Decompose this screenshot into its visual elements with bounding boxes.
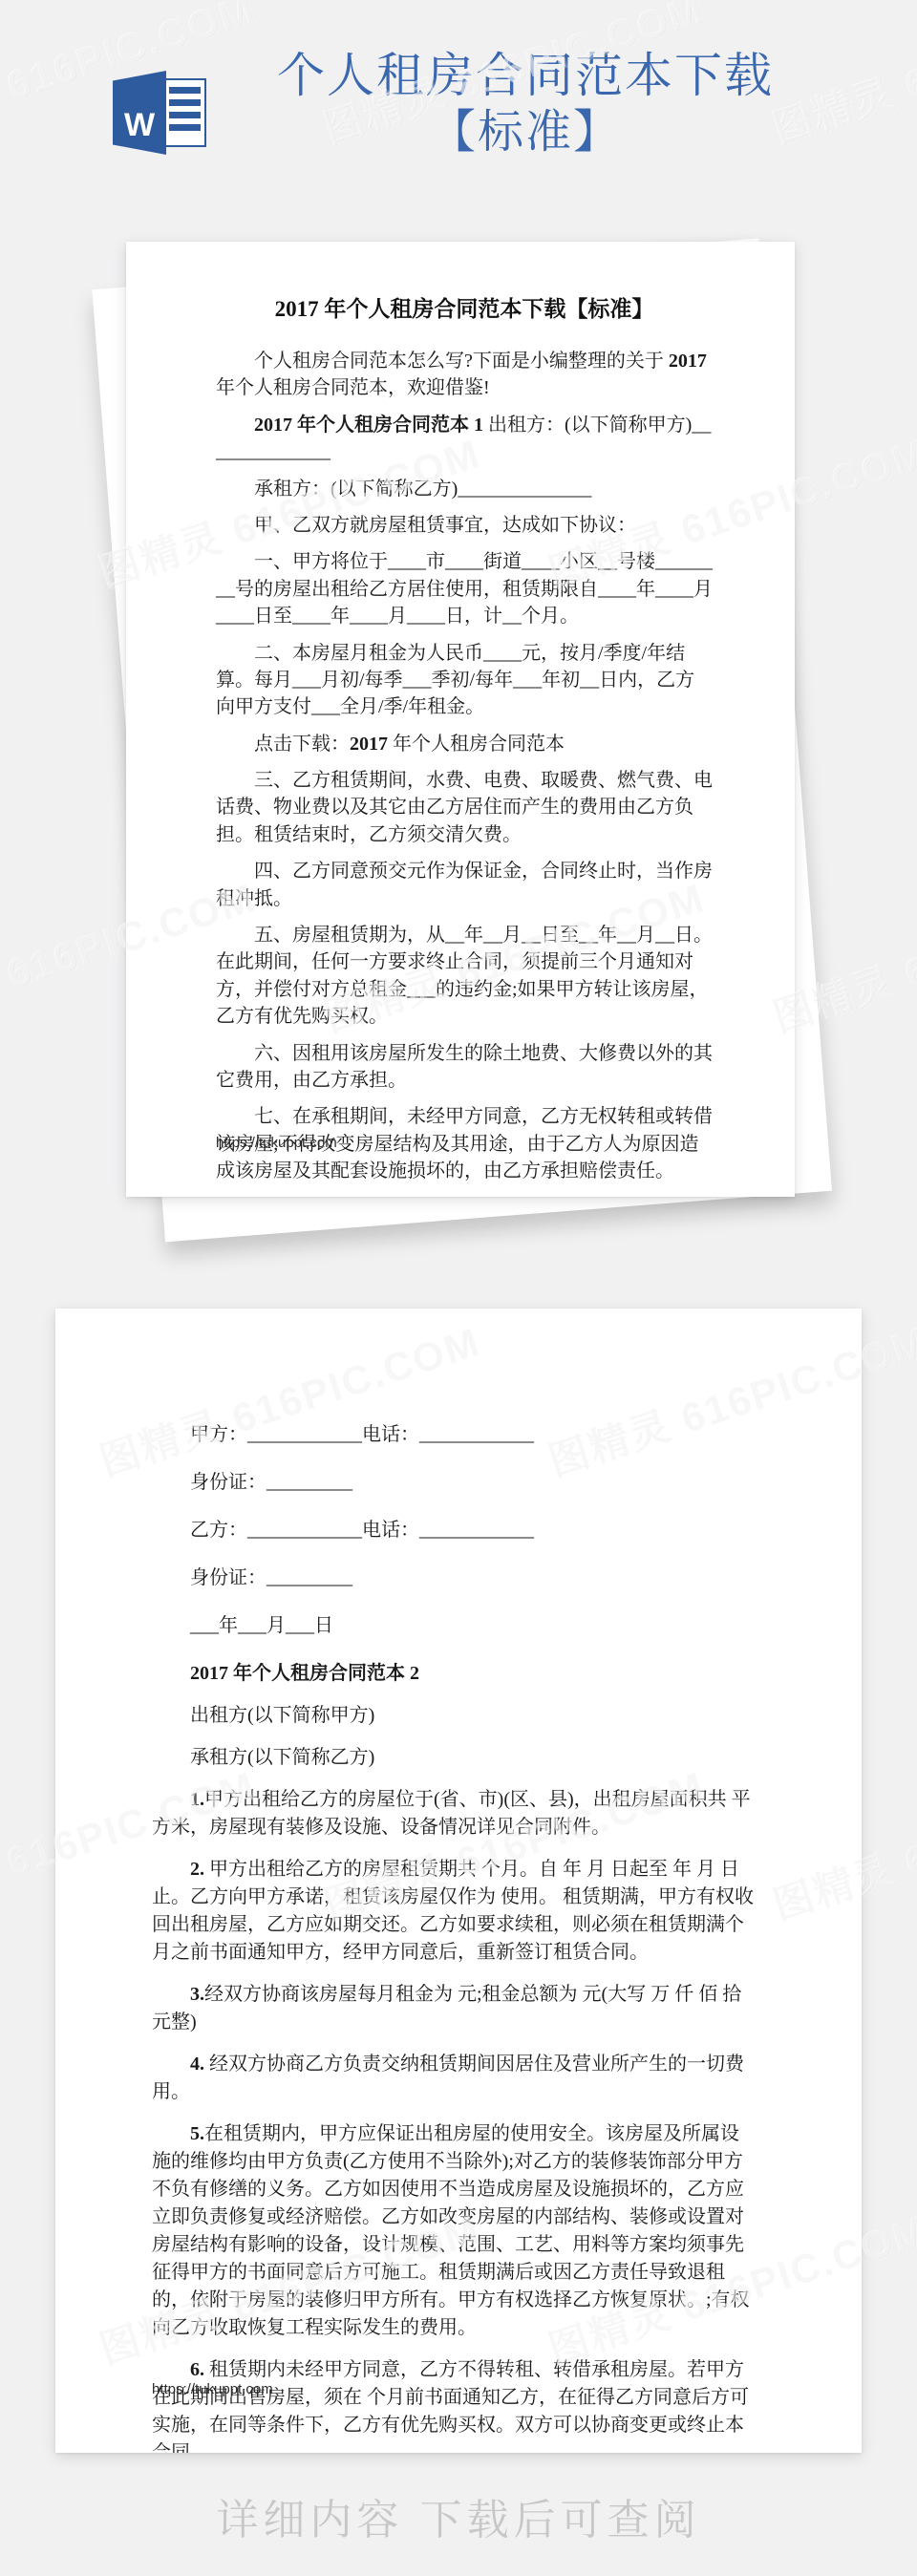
doc-paragraph: 四、乙方同意预交元作为保证金，合同终止时，当作房租冲抵。 — [216, 858, 713, 912]
doc-paragraph: 一、甲方将位于____市____街道____小区__号楼________号的房屋… — [216, 548, 713, 629]
doc-paragraph: 六、因租用该房屋所发生的除土地费、大修费以外的其它费用，由乙方承担。 — [216, 1040, 713, 1095]
contract-title: 2017 年个人租房合同范本下载【标准】 — [216, 291, 713, 323]
contract-body: 个人租房合同范本怎么写?下面是小编整理的关于 2017 年个人租房合同范本，欢迎… — [216, 348, 713, 1197]
doc-paragraph: 甲方：____________电话：____________ — [152, 1421, 757, 1449]
word-icon-flap: W — [113, 71, 166, 155]
page-title-line1: 个人租房合同范本下载 — [277, 49, 774, 102]
doc-paragraph: 三、乙方租赁期间，水费、电费、取暖费、燃气费、电话费、物业费以及其它由乙方居住而… — [216, 767, 713, 848]
source-link[interactable]: https://tukuppt.com — [216, 1135, 337, 1151]
doc-paragraph: 甲、乙双方就房屋租赁事宜，达成如下协议： — [216, 512, 713, 539]
word-document-icon: W — [113, 71, 208, 155]
doc-paragraph: 八、甲方保证该房屋无产权纠纷;乙方因经营需要，要求甲方提供房屋产权证明或其它有关… — [216, 1195, 713, 1197]
doc-paragraph: ___年___月___日 — [152, 1612, 757, 1640]
document-preview-page-1[interactable]: 2017 年个人租房合同范本下载【标准】 个人租房合同范本怎么写?下面是小编整理… — [126, 242, 795, 1197]
doc-paragraph: 个人租房合同范本怎么写?下面是小编整理的关于 2017 年个人租房合同范本，欢迎… — [216, 348, 713, 402]
document-preview-page-2[interactable]: 甲方：____________电话：____________身份证：______… — [55, 1309, 862, 2453]
word-icon-letter: W — [124, 109, 155, 155]
page-canvas: W 个人租房合同范本下载【标准】 2017 年个人租房合同范本下载【标准】 个人… — [0, 0, 917, 2576]
doc-paragraph: 身份证：_________ — [152, 1565, 757, 1592]
doc-paragraph: 乙方：____________电话：____________ — [152, 1517, 757, 1544]
page-title: 个人租房合同范本下载【标准】 — [222, 48, 829, 160]
doc-paragraph: 二、本房屋月租金为人民币____元，按月/季度/年结算。每月___月初/每季__… — [216, 640, 713, 721]
doc-paragraph: 5.在租赁期内，甲方应保证出租房屋的使用安全。该房屋及所属设施的维修均由甲方负责… — [152, 2120, 757, 2342]
word-icon-page — [162, 78, 206, 147]
doc-paragraph: 1.甲方出租给乙方的房屋位于(省、市)(区、县)，出租房屋面积共 平方米，房屋现… — [152, 1786, 757, 1842]
page-title-line2: 【标准】 — [430, 107, 621, 158]
doc-paragraph: 2. 甲方出租给乙方的房屋租赁期共 个月。自 年 月 日起至 年 月 日止。乙方… — [152, 1856, 757, 1967]
doc-paragraph: 五、房屋租赁期为，从__年__月__日至__年__月__日。在此期间，任何一方要… — [216, 922, 713, 1031]
doc-paragraph: 承租方：(以下简称乙方)______________ — [216, 476, 713, 502]
doc-paragraph: 点击下载：2017 年个人租房合同范本 — [216, 731, 713, 757]
contract-body: 甲方：____________电话：____________身份证：______… — [152, 1421, 757, 2453]
source-link[interactable]: https://tukuppt.com — [152, 2381, 273, 2397]
footer-note: 详细内容 下载后可查阅 — [0, 2485, 917, 2546]
word-icon-line — [169, 87, 201, 94]
doc-paragraph: 身份证：_________ — [152, 1469, 757, 1497]
site-header: W 个人租房合同范本下载【标准】 — [0, 0, 917, 220]
doc-paragraph: 2017 年个人租房合同范本 2 — [152, 1660, 757, 1688]
doc-paragraph: 3.经双方协商该房屋每月租金为 元;租金总额为 元(大写 万 仟 佰 拾 元整) — [152, 1981, 757, 2036]
doc-paragraph: 4. 经双方协商乙方负责交纳租赁期间因居住及营业所产生的一切费用。 — [152, 2051, 757, 2106]
doc-paragraph: 承租方(以下简称乙方) — [152, 1744, 757, 1772]
word-icon-line — [169, 99, 201, 106]
word-icon-line — [169, 112, 201, 118]
doc-paragraph: 2017 年个人租房合同范本 1 出租方：(以下简称甲方)___________… — [216, 412, 713, 466]
doc-paragraph: 6. 租赁期内未经甲方同意，乙方不得转租、转借承租房屋。若甲方在此期间出售房屋，… — [152, 2356, 757, 2453]
word-icon-line — [169, 124, 201, 131]
doc-paragraph: 出租方(以下简称甲方) — [152, 1702, 757, 1730]
